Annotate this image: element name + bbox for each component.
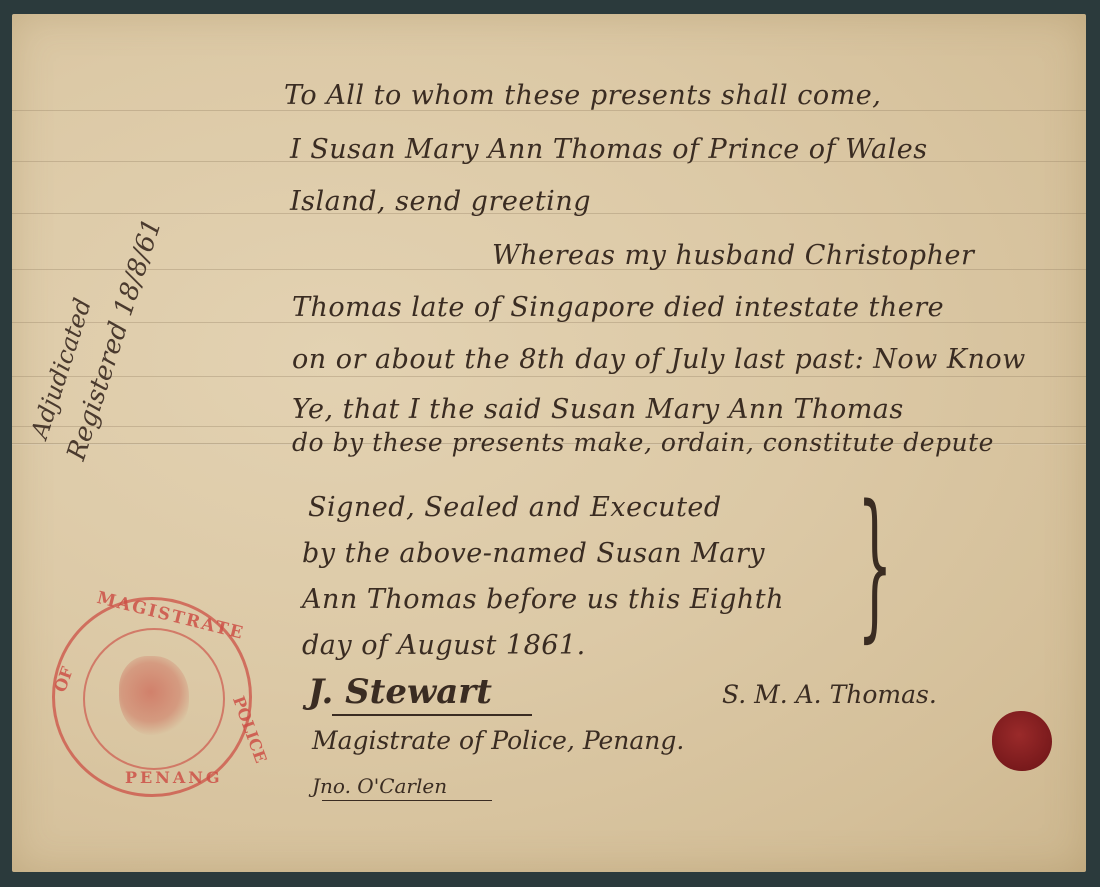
ruled-line bbox=[12, 376, 1086, 377]
stamp-inner-ring bbox=[83, 628, 225, 770]
magistrate-signature: J. Stewart bbox=[308, 672, 492, 712]
text-line-5: Thomas late of Singapore died intestate … bbox=[292, 292, 944, 323]
magistrate-stamp: MAGISTRATE PENANG OF POLICE bbox=[52, 597, 252, 797]
text-line-1: To All to whom these presents shall come… bbox=[284, 80, 881, 111]
witness-signature: Jno. O'Carlen bbox=[312, 774, 447, 798]
text-line-2: I Susan Mary Ann Thomas of Prince of Wal… bbox=[290, 134, 928, 165]
attestation-line-3: Ann Thomas before us this Eighth bbox=[302, 584, 784, 615]
stamp-crest-icon bbox=[119, 656, 189, 736]
stamp-left-text: OF bbox=[50, 664, 77, 694]
attestation-line-4: day of August 1861. bbox=[302, 630, 586, 661]
stamp-bottom-text: PENANG bbox=[125, 768, 223, 787]
witness-underline bbox=[322, 800, 492, 801]
attestation-brace: } bbox=[857, 484, 893, 644]
stamp-right-text: POLICE bbox=[229, 694, 271, 766]
text-line-3: Island, send greeting bbox=[290, 186, 591, 217]
wax-seal-icon bbox=[992, 711, 1052, 771]
attestation-line-1: Signed, Sealed and Executed bbox=[308, 492, 722, 523]
ruled-line bbox=[12, 426, 1086, 427]
signature-underline bbox=[332, 714, 532, 716]
magistrate-title: Magistrate of Police, Penang. bbox=[312, 726, 684, 755]
principal-signature: S. M. A. Thomas. bbox=[722, 680, 937, 709]
document-paper: Adjudicated Registered 18/8/61 To All to… bbox=[12, 14, 1086, 872]
text-line-7: Ye, that I the said Susan Mary Ann Thoma… bbox=[292, 394, 904, 425]
text-line-6: on or about the 8th day of July last pas… bbox=[292, 344, 1026, 375]
text-line-8: do by these presents make, ordain, const… bbox=[292, 428, 994, 457]
attestation-line-2: by the above-named Susan Mary bbox=[302, 538, 765, 569]
text-line-4: Whereas my husband Christopher bbox=[492, 240, 974, 271]
